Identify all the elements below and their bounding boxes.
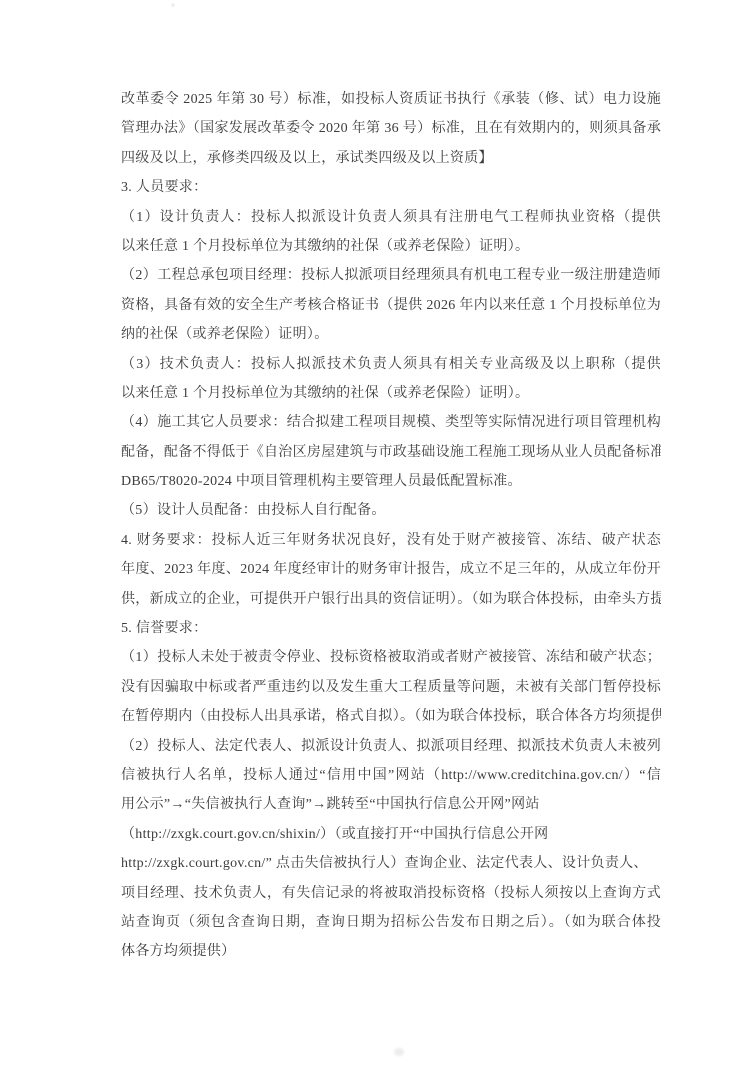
text-line: （1）投标人未处于被责令停业、投标资格被取消或者财产被接管、冻结和破产状态；企业 [121, 643, 661, 672]
text-line: （5）设计人员配备：由投标人自行配备。 [121, 496, 661, 525]
document-page: 改革委令 2025 年第 30 号）标准，如投标人资质证书执行《承装（修、试）电… [0, 0, 752, 1075]
section-heading: 5. 信誉要求： [121, 614, 661, 643]
text-line: 四级及以上，承修类四级及以上，承试类四级及以上资质】 [121, 144, 661, 173]
text-line: 在暂停期内（由投标人出具承诺，格式自拟）。（如为联合体投标，联合体各方均须提供） [121, 702, 661, 731]
text-line: 年度、2023 年度、2024 年度经审计的财务审计报告，成立不足三年的，从成立… [121, 555, 661, 584]
text-line: （2）投标人、法定代表人、拟派设计负责人、拟派项目经理、拟派技术负责人未被列入失 [121, 732, 661, 761]
text-line: 资格，具备有效的安全生产考核合格证书（提供 2026 年内以来任意 1 个月投标… [121, 291, 661, 320]
text-line: 信被执行人名单，投标人通过“信用中国”网站（http://www.creditc… [121, 761, 661, 790]
text-line: 以来任意 1 个月投标单位为其缴纳的社保（或养老保险）证明）。 [121, 232, 661, 261]
text-line: 改革委令 2025 年第 30 号）标准，如投标人资质证书执行《承装（修、试）电… [121, 85, 661, 114]
text-line: 用公示”→“失信被执行人查询”→跳转至“中国执行信息公开网”网站 [121, 790, 661, 819]
scan-artifact [394, 1048, 404, 1056]
text-line: 管理办法》（国家发展改革委令 2020 年第 36 号）标准，且在有效期内的，则… [121, 114, 661, 143]
text-line: 站查询页（须包含查询日期，查询日期为招标公告发布日期之后）。（如为联合体投标，联… [121, 908, 661, 937]
text-line: 供，新成立的企业，可提供开户银行出具的资信证明）。（如为联合体投标，由牵头方提供… [121, 585, 661, 614]
text-line: （3）技术负责人：投标人拟派技术负责人须具有相关专业高级及以上职称（提供 202… [121, 350, 661, 379]
section-heading: 3. 人员要求： [121, 173, 661, 202]
text-line: http://zxgk.court.gov.cn/” 点击失信被执行人）查询企业… [121, 849, 661, 878]
section-heading: 4. 财务要求：投标人近三年财务状况良好，没有处于财产被接管、冻结、破产状态（提… [121, 526, 661, 555]
text-line: 纳的社保（或养老保险）证明）。 [121, 320, 661, 349]
text-line: 项目经理、技术负责人，有失信记录的将被取消投标资格（投标人须按以上查询方式提供网 [121, 879, 661, 908]
text-line: 体各方均须提供） [121, 937, 661, 966]
document-text: 改革委令 2025 年第 30 号）标准，如投标人资质证书执行《承装（修、试）电… [121, 85, 661, 967]
text-line: 配备，配备不得低于《自治区房屋建筑与市政基础设施工程施工现场从业人员配备标准 》 [121, 438, 661, 467]
text-line: （2）工程总承包项目经理：投标人拟派项目经理须具有机电工程专业一级注册建造师执业 [121, 261, 661, 290]
text-line: 没有因骗取中标或者严重违约以及发生重大工程质量等问题，未被有关部门暂停投标资格并 [121, 673, 661, 702]
text-line: DB65/T8020-2024 中项目管理机构主要管理人员最低配置标准。 [121, 467, 661, 496]
scan-artifact [171, 3, 175, 7]
text-line: （http://zxgk.court.gov.cn/shixin/）（或直接打开… [121, 820, 661, 849]
text-line: （4）施工其它人员要求：结合拟建工程项目规模、类型等实际情况进行项目管理机构人员 [121, 408, 661, 437]
text-line: 以来任意 1 个月投标单位为其缴纳的社保（或养老保险）证明）。 [121, 379, 661, 408]
text-line: （1）设计负责人：投标人拟派设计负责人须具有注册电气工程师执业资格（提供 202… [121, 203, 661, 232]
